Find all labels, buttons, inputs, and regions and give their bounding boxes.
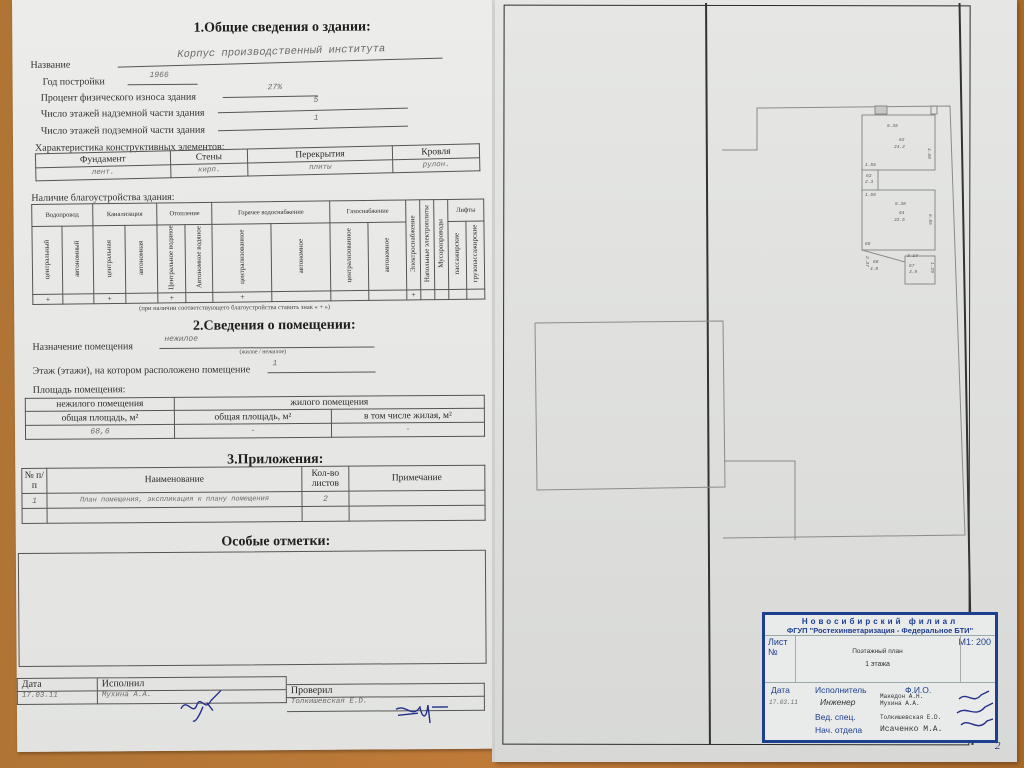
stamp-role3: Нач. отдела	[815, 725, 862, 735]
floors-below-value: 1	[314, 114, 319, 123]
name-label: Название	[30, 60, 70, 71]
svg-text:1.55: 1.55	[865, 162, 876, 168]
wear-field: 27%	[223, 83, 318, 98]
floor-value: 1	[273, 359, 278, 368]
amenity-column: автономный	[62, 226, 93, 295]
amenity-group: Горячее водоснабжение	[212, 201, 330, 224]
attachment-header: Наименование	[47, 466, 302, 493]
purpose-label: Назначение помещения	[32, 341, 133, 353]
page-number: 2	[995, 740, 1001, 752]
amenity-group: Водопровод	[32, 204, 93, 227]
construct-value: рулон.	[393, 158, 480, 173]
amenities-note: (при наличии соответствующего благоустро…	[139, 304, 330, 312]
stamp-num-label: №	[768, 647, 778, 657]
svg-text:67: 67	[909, 263, 915, 269]
special-notes-box	[18, 550, 487, 667]
amenity-mark	[186, 293, 214, 303]
amenity-column: пассажирские	[448, 221, 467, 290]
amenity-mark: +	[406, 290, 420, 300]
val-living: -	[331, 422, 484, 437]
amenity-group: Отопление	[157, 202, 212, 225]
amenity-mark	[126, 293, 158, 303]
stamp-plan-title: Поэтажный план	[795, 648, 960, 655]
attachments-table: № п/пНаименованиеКол-во листовПримечание…	[21, 465, 485, 524]
floors-below-field: 1	[218, 114, 408, 132]
purpose-hint: (жилое / нежилое)	[239, 349, 286, 355]
svg-text:4.60: 4.60	[926, 148, 932, 159]
stamp-org-line1: Новосибирский филиал	[765, 617, 995, 626]
amenity-column: автономное	[271, 223, 331, 292]
stamp-plan-floor: 1 этажа	[795, 661, 960, 668]
svg-text:3.14: 3.14	[907, 253, 918, 259]
floors-above-field: 5	[218, 96, 408, 114]
amenity-mark	[331, 291, 369, 301]
attachment-header: № п/п	[22, 468, 47, 493]
floor-field: 1	[268, 359, 376, 373]
col-total-nonres: общая площадь, м²	[25, 410, 174, 425]
stamp-role2-name: Толкишевская Е.D.	[880, 714, 941, 721]
name-value: Корпус производственный института	[177, 43, 385, 61]
building-outline	[722, 106, 965, 538]
amenity-mark	[272, 291, 331, 302]
amenity-column: Центральное водяное	[157, 225, 185, 294]
col-living: в том числе жилая, м²	[331, 408, 484, 423]
special-title: Особые отметки:	[116, 533, 436, 551]
amenity-column: автономная	[125, 225, 158, 294]
svg-text:65: 65	[865, 241, 871, 247]
amenity-mark: +	[93, 294, 125, 304]
floors-above-label: Число этажей надземной части здания	[41, 108, 205, 120]
amenity-mark	[63, 294, 93, 304]
amenity-mark	[467, 289, 485, 299]
amenity-mark: +	[213, 292, 272, 303]
floors-below-label: Число этажей подземной части здания	[41, 125, 205, 137]
nonres-header: нежилого помещения	[25, 397, 174, 411]
stamp-sheet-label: Лист	[768, 637, 788, 647]
year-label: Год постройки	[43, 76, 105, 87]
svg-text:5.35: 5.35	[887, 123, 898, 129]
svg-text:1.58: 1.58	[865, 192, 876, 198]
amenity-column: централизованное	[330, 222, 369, 291]
adjacent-building-outline	[535, 321, 725, 490]
stamp-role2: Вед. спец.	[815, 712, 856, 722]
svg-text:63: 63	[866, 173, 872, 179]
svg-text:64: 64	[899, 210, 905, 216]
val-total-nonres: 68,6	[25, 424, 174, 439]
floors-above-value: 5	[314, 96, 319, 105]
amenity-column: грузопассажирские	[466, 221, 485, 290]
svg-text:2.3: 2.3	[865, 179, 873, 185]
stamp-org-line2: ФГУП "Ростехинветаризация - Федеральное …	[765, 626, 995, 635]
svg-text:2.37: 2.37	[864, 256, 870, 267]
svg-text:1.29: 1.29	[929, 262, 935, 273]
construct-value: лент.	[36, 165, 171, 181]
svg-text:5.38: 5.38	[895, 201, 906, 207]
construct-value: плиты	[248, 160, 393, 176]
purpose-field: нежилое	[159, 334, 374, 349]
amenity-mark	[449, 290, 467, 300]
amenity-column: центральная	[93, 225, 126, 294]
stamp-role1: Инженер	[820, 697, 855, 707]
checker-label: Проверил	[287, 683, 485, 698]
checker-signature-icon	[392, 699, 452, 727]
stamp-signatures-icon	[955, 689, 995, 737]
attachment-header: Кол-во листов	[302, 466, 349, 491]
amenity-mark	[421, 290, 435, 300]
date-value: 17.03.11	[17, 691, 97, 705]
amenity-column: центральный	[32, 226, 63, 295]
purpose-value: нежилое	[164, 335, 198, 344]
section2-title: 2.Сведения о помещении:	[114, 317, 434, 335]
amenity-column: Электроснабжение	[405, 200, 420, 291]
svg-text:3.9: 3.9	[909, 269, 917, 275]
stamp-role3-name: Исаченко М.А.	[880, 725, 942, 734]
stamp-role1-names: Македон А.Н. Мухина А.А.	[880, 693, 923, 707]
wear-value: 27%	[268, 83, 283, 92]
amenities-table: ВодопроводКанализацияОтоплениеГорячее во…	[31, 199, 485, 306]
signature-block: Дата Исполнил 17.03.11 Мухина А.А. Прове…	[17, 675, 492, 718]
val-total-res: -	[174, 423, 331, 438]
attachment-row	[22, 505, 485, 523]
title-block-stamp: Новосибирский филиал ФГУП "Ростехинветар…	[762, 612, 998, 743]
name-field: Корпус производственный института	[117, 40, 442, 68]
amenity-column: Мусоропроводы	[434, 199, 449, 290]
stamp-date-label: Дата	[771, 685, 790, 695]
amenity-group: Канализация	[92, 203, 157, 226]
svg-text:6.85: 6.85	[927, 214, 933, 225]
col-total-res: общая площадь, м²	[174, 409, 331, 424]
svg-text:4.8: 4.8	[870, 266, 878, 272]
svg-text:62: 62	[899, 137, 905, 143]
executor-signature-icon	[177, 687, 227, 725]
area-table: нежилого помещения жилого помещения обща…	[25, 395, 485, 440]
year-value: 1966	[149, 71, 168, 80]
svg-text:66: 66	[873, 259, 879, 265]
checker-value: Толкишевская Е.D.	[287, 697, 485, 712]
amenity-column: Напольные электроплиты	[419, 200, 434, 291]
stamp-scale: М1: 200	[958, 637, 991, 647]
section1-title: 1.Общие сведения о здании:	[92, 19, 472, 38]
svg-text:32.5: 32.5	[894, 217, 905, 223]
svg-text:24.2: 24.2	[894, 144, 905, 150]
amenity-mark	[369, 290, 407, 300]
date-label: Дата	[17, 677, 97, 692]
amenity-group: Лифты	[448, 199, 484, 221]
stamp-date-value: 17.03.11	[769, 699, 798, 706]
amenity-column: автономное	[368, 222, 407, 291]
wear-label: Процент физического износа здания	[41, 92, 196, 104]
left-page-form: 1.Общие сведения о здании: Название Корп…	[12, 0, 503, 752]
amenity-column: централизованное	[212, 224, 272, 293]
amenity-group: Газоснабжение	[330, 200, 406, 223]
amenity-mark: +	[33, 295, 63, 305]
attachment-header: Примечание	[349, 465, 485, 491]
area-label: Площадь помещения:	[33, 384, 126, 396]
construct-value: кирп.	[170, 163, 248, 178]
amenity-mark: +	[158, 293, 186, 303]
year-field: 1966	[127, 71, 197, 85]
amenity-mark	[435, 290, 449, 300]
amenity-column: Автономное водяное	[185, 224, 213, 293]
floor-label: Этаж (этажи), на котором расположено пом…	[33, 364, 251, 377]
stamp-executor-label: Исполнитель	[815, 685, 867, 695]
right-page-floorplan: 5.35 62 24.2 4.60 1.55 63 2.3 1.58 5.38 …	[495, 0, 1017, 762]
